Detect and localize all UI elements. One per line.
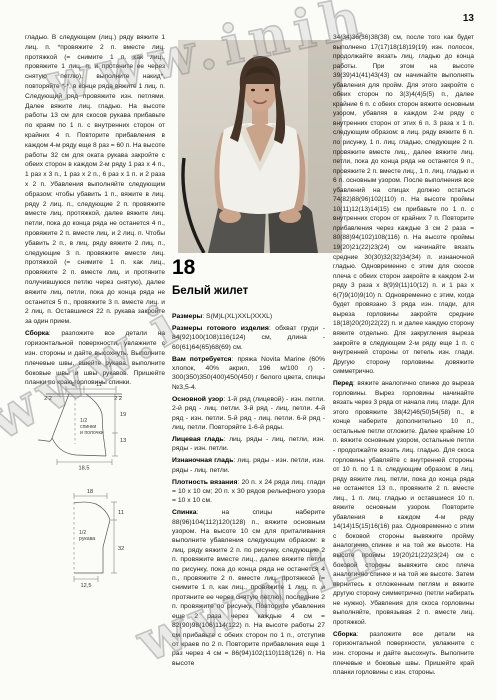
dim-label: 11 <box>118 510 124 516</box>
dim-label: 6 <box>71 382 74 388</box>
column-right: 34(34)36(36)38(38) см, после того как бу… <box>333 33 474 680</box>
page-number: 13 <box>463 13 474 24</box>
dim-label: 11 <box>96 382 102 388</box>
run-in-heading: Перед <box>333 380 353 387</box>
spec-reverse-stockinette: Изнаночная гладь: лиц. ряды - изн. петли… <box>172 456 325 475</box>
dim-label: 2 2 <box>114 396 122 402</box>
section-back: Спинка: на спицы наберите 88(96)104(112)… <box>172 508 325 668</box>
left-eye <box>251 89 255 92</box>
run-in-heading: Изнаночная гладь <box>172 457 233 464</box>
body-text: 34(34)36(36)38(38) см, после того как бу… <box>333 34 474 375</box>
run-in-heading: Сборка <box>25 330 49 337</box>
magazine-page: 13 гладью. В следующем (лиц.) ряду вяжит… <box>0 0 497 700</box>
run-in-heading: Вам потребуется <box>172 356 232 363</box>
body-text: : вяжите аналогично спинке до выреза гор… <box>333 380 474 626</box>
dim-label: 19 <box>120 412 126 418</box>
schematic-body-diagram: 6 11 2 2 2 2 19 13 18,5 1/2 спинки и пол… <box>36 374 166 470</box>
right-eye <box>265 89 269 92</box>
run-in-heading: Размеры готового изделия <box>172 325 269 332</box>
dim-label: 2 2 <box>44 396 52 402</box>
dim-label: 18,5 <box>79 466 90 471</box>
spec-finished-size: Размеры готового изделия: обхват груди -… <box>172 324 325 352</box>
column-middle: Размеры: S(M)L(XL)XXL(XXXL) Размеры гото… <box>172 312 325 671</box>
schematic-sleeve-diagram: 18 11 32 12,5 1/2 рукава <box>58 486 128 592</box>
spec-sizes: Размеры: S(M)L(XL)XXL(XXXL) <box>172 312 325 321</box>
dim-label: 12,5 <box>81 583 92 589</box>
dim-label: 18 <box>87 489 93 495</box>
piece-label: рукава <box>79 536 95 542</box>
paragraph: гладью. В следующем (лиц.) ряду вяжите 1… <box>25 33 165 327</box>
spec-materials: Вам потребуется: пряжа Novita Marine (60… <box>172 355 325 393</box>
model-photo <box>178 40 342 253</box>
paragraph-assembly: Сборка: разложите все детали на горизонт… <box>333 630 474 678</box>
spec-stockinette: Лицевая гладь: лиц. ряды - лиц. петли, и… <box>172 435 325 454</box>
dim-label: 13 <box>120 438 126 444</box>
column-left: гладью. В следующем (лиц.) ряду вяжите 1… <box>25 33 165 391</box>
run-in-heading: Лицевая гладь <box>172 436 224 443</box>
spec-main-stitch: Основной узор: 1-й ряд (лицевой) - изн. … <box>172 395 325 433</box>
piece-label: и полочки <box>80 430 104 436</box>
run-in-heading: Спинка <box>172 509 196 516</box>
body-text: гладью. В следующем (лиц.) ряду вяжите 1… <box>25 34 165 325</box>
body-text: : S(M)L(XL)XXL(XXXL) <box>202 313 272 320</box>
section-front: Перед: вяжите аналогично спинке до вырез… <box>333 379 474 627</box>
paragraph: 34(34)36(36)38(38) см, после того как бу… <box>333 33 474 377</box>
body-text: : на спицы наберите 88(96)104(112)120(12… <box>172 509 325 667</box>
run-in-heading: Основной узор <box>172 396 223 403</box>
pattern-number: 18 <box>172 257 195 279</box>
run-in-heading: Плотность вязания <box>172 479 237 486</box>
pattern-title: Белый жилет <box>172 285 248 297</box>
spec-gauge: Плотность вязания: 20 п. х 24 ряда лиц. … <box>172 478 325 506</box>
dim-label: 32 <box>118 546 124 552</box>
run-in-heading: Сборка <box>333 631 356 638</box>
run-in-heading: Размеры <box>172 313 202 320</box>
